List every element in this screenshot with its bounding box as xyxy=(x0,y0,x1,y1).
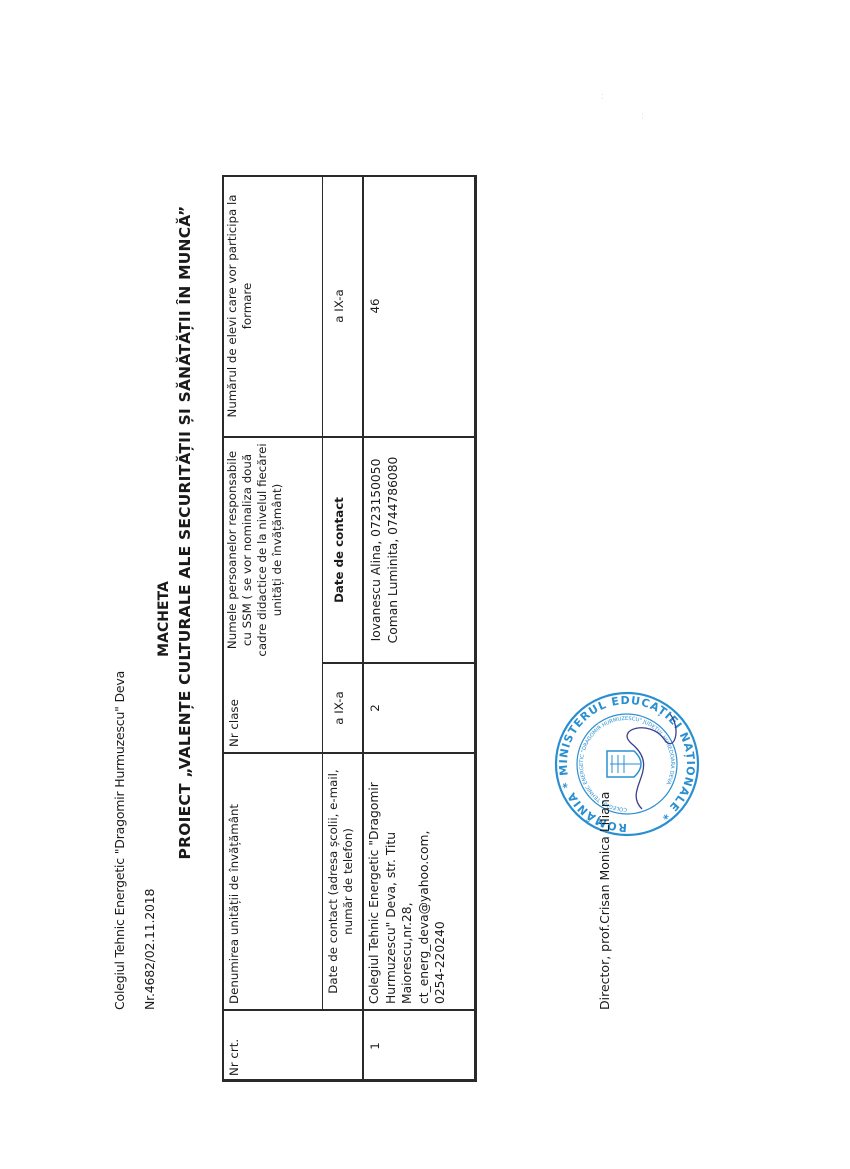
document-page: Colegiul Tehnic Energetic "Dragomir Hurm… xyxy=(0,0,850,1169)
school-contact-line: Hurmuzescu" Deva, str. Titu xyxy=(383,759,400,1004)
responsible-person: Coman Luminita, 0744786080 xyxy=(385,443,402,657)
subheader-responsible-contact: Date de contact xyxy=(322,437,363,663)
school-contact-line: Colegiul Tehnic Energetic "Dragomir xyxy=(366,759,383,1004)
coat-of-arms-icon xyxy=(607,751,641,777)
subheader-students-level: a IX-a xyxy=(322,175,363,437)
divider-col-3 xyxy=(322,662,476,664)
divider-col-1 xyxy=(222,1009,476,1011)
table-border-bottom xyxy=(474,175,477,1082)
table-border-right xyxy=(222,175,476,177)
row-responsible-persons: Iovanescu Alina, 0723150050 Coman Lumini… xyxy=(363,437,476,663)
row-students-count: 46 xyxy=(363,175,476,437)
responsible-person: Iovanescu Alina, 0723150050 xyxy=(368,443,385,657)
header-nr-crt: Nr crt. xyxy=(222,1010,363,1082)
school-contact-line: Maiorescu,nr.28, xyxy=(399,759,416,1004)
divider-col-2 xyxy=(222,752,476,754)
school-phone: 0254-220240 xyxy=(432,759,449,1004)
header-responsible-persons: Numele persoanelor responsabile cu SSM (… xyxy=(222,437,322,663)
divider-subheader xyxy=(322,175,323,1010)
subheader-school-contact: Date de contact (adresa școlii, e-mail, … xyxy=(322,753,363,1010)
school-header: Colegiul Tehnic Energetic "Dragomir Hurm… xyxy=(112,671,127,1010)
header-students-count: Numărul de elevi care vor participa la f… xyxy=(222,175,322,437)
divider-col-4 xyxy=(222,437,476,439)
project-title: PROIECT „VALENȚE CULTURALE ALE SECURITĂȚ… xyxy=(176,0,194,1169)
scan-noise: · · xyxy=(600,93,607,99)
director-signature-line: Director, prof.Crisan Monica Liliana xyxy=(597,792,612,1010)
registration-number: Nr.4682/02.11.2018 xyxy=(142,889,157,1010)
table-border-top xyxy=(222,175,224,1082)
row-nr-crt: 1 xyxy=(363,1010,476,1082)
school-email: ct_energ_deva@yahoo.com, xyxy=(416,759,433,1004)
header-school-name: Denumirea unității de învățământ xyxy=(222,753,322,1010)
participants-table: Nr crt. Denumirea unității de învățământ… xyxy=(222,175,476,1082)
official-stamp: ROMÂNIA * MINISTERUL EDUCAȚIEI NAȚIONALE… xyxy=(552,689,702,839)
row-school-contact: Colegiul Tehnic Energetic "Dragomir Hurm… xyxy=(363,753,476,1010)
subheader-class-level: a IX-a xyxy=(322,663,363,753)
row-nr-classes: 2 xyxy=(363,663,476,753)
scan-noise: · · xyxy=(640,113,647,119)
divider-data-row xyxy=(362,175,364,1082)
form-label: MACHETA xyxy=(156,69,172,1169)
table-border-left xyxy=(222,1080,476,1083)
header-nr-classes: Nr clase xyxy=(222,663,322,753)
